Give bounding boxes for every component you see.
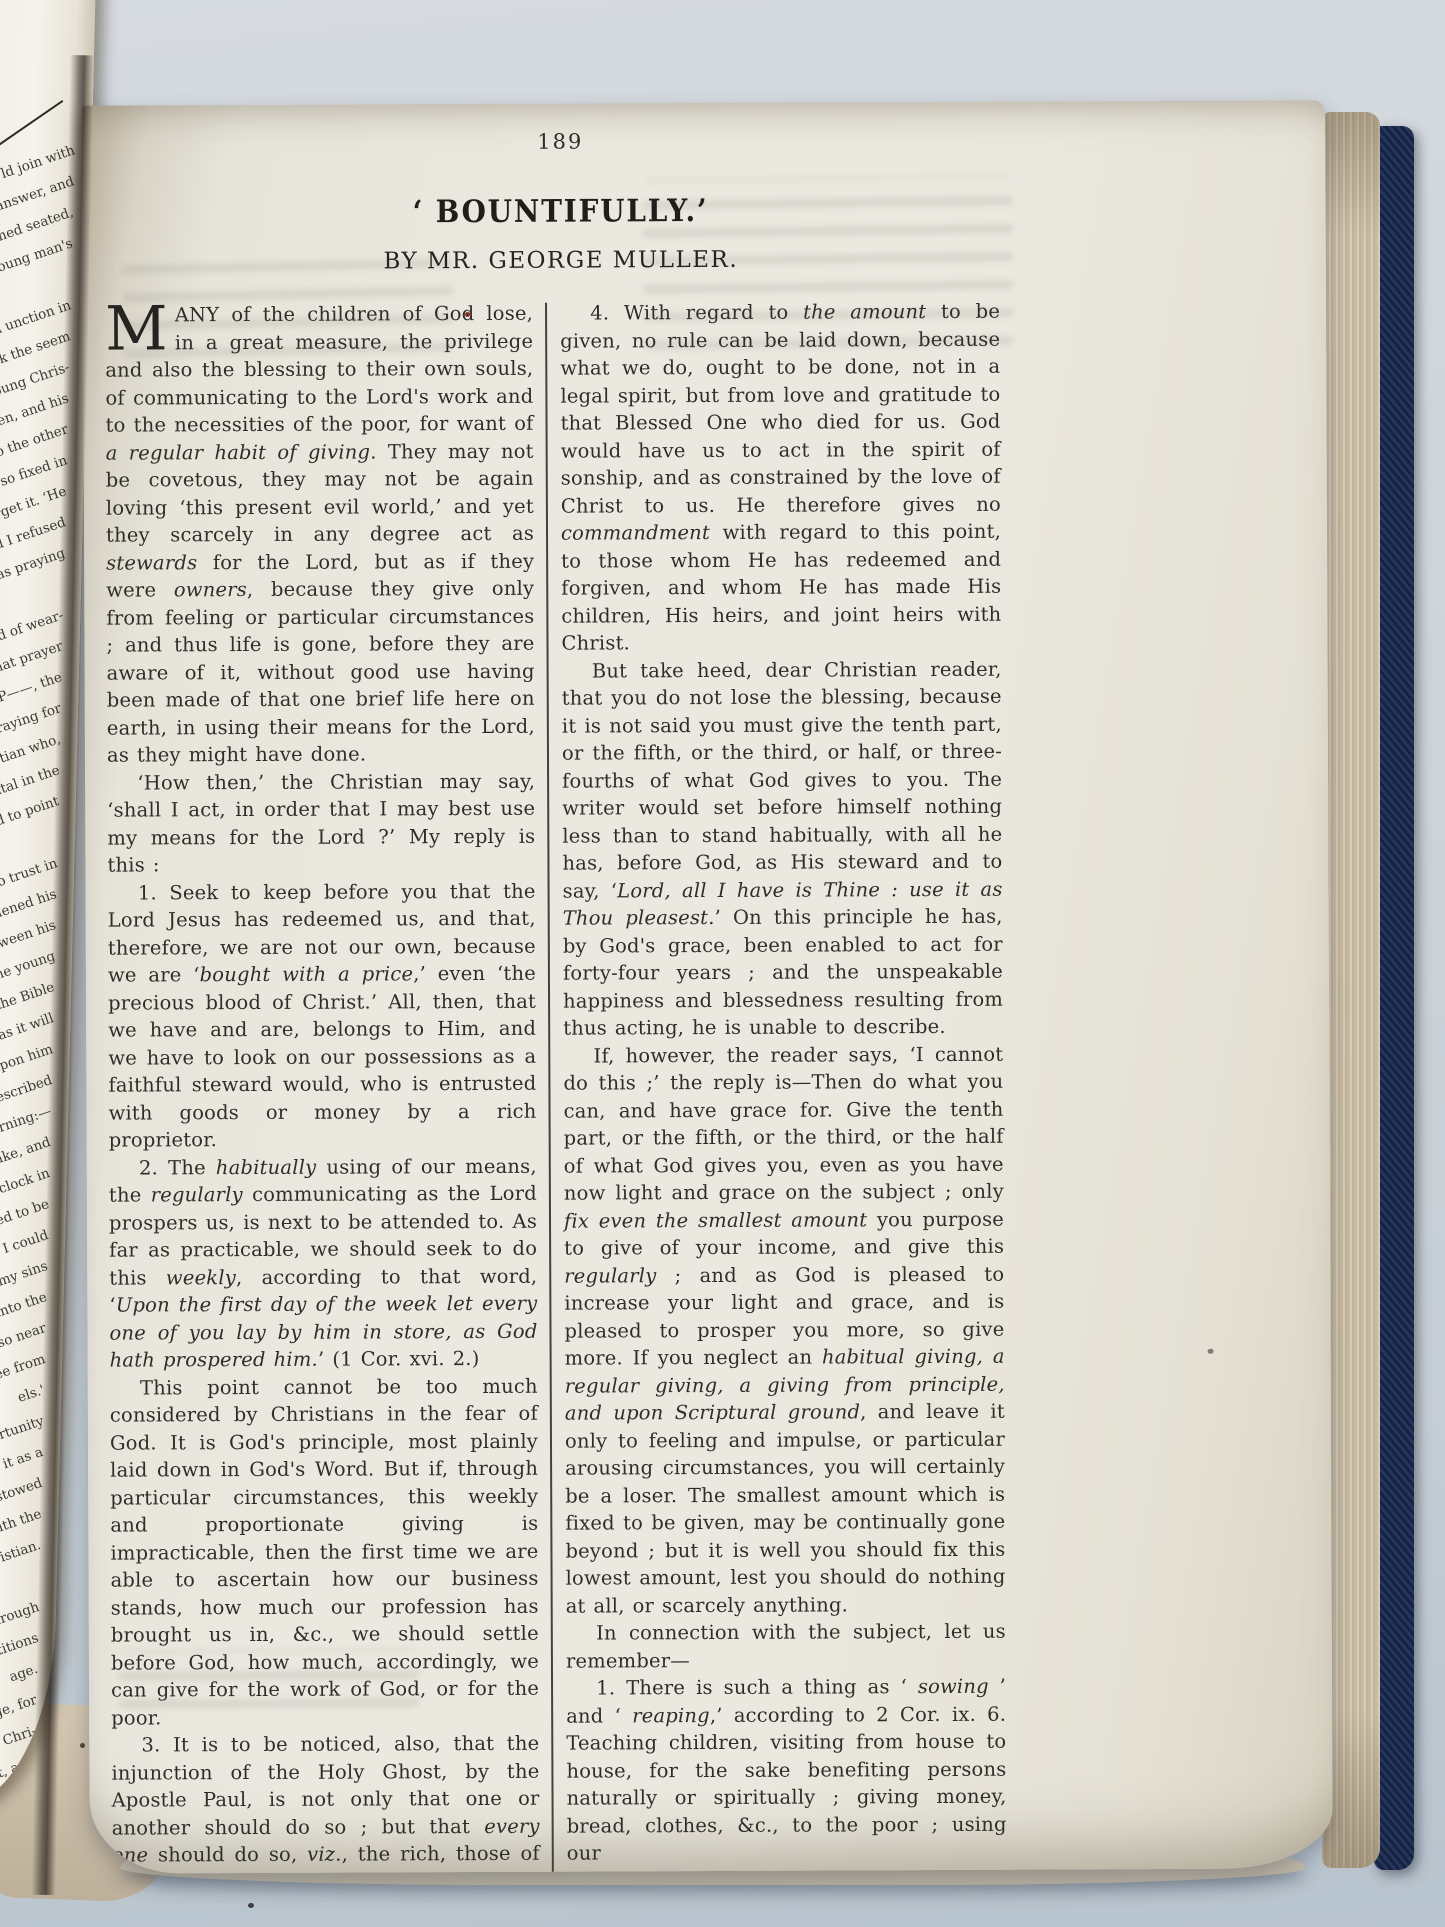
background-speck [248, 1903, 254, 1908]
paragraph: If, however, the reader says, ‘I cannot … [563, 1040, 1006, 1619]
right-column: 4. With regard to the amount to be given… [560, 298, 1007, 1874]
paper-speck [465, 312, 470, 317]
article-columns: MANY of the children of God lose, in a g… [105, 298, 1024, 1874]
column-divider [545, 303, 554, 1874]
paragraph: 1. There is such a thing as ‘ sowing ’ a… [566, 1673, 1007, 1867]
paragraph: ‘How then,’ the Christian may say, ‘shal… [107, 767, 535, 879]
paragraph: In connection with the subject, let us r… [566, 1618, 1006, 1675]
background-speck [80, 1743, 85, 1748]
paper-speck [1208, 1349, 1214, 1354]
paragraph: 4. With regard to the amount to be given… [560, 298, 1002, 657]
paragraph: 2. The habitually using of our means, th… [109, 1152, 538, 1374]
left-column: MANY of the children of God lose, in a g… [105, 300, 540, 1874]
paragraph: MANY of the children of God lose, in a g… [105, 300, 535, 769]
book-cover-edge [1374, 126, 1414, 1870]
book-photo: ld join withanswer, andnned seated,young… [0, 0, 1445, 1927]
paragraph: 1. Seek to keep before you that the Lord… [108, 877, 537, 1154]
paragraph: This point cannot be too much considered… [110, 1372, 540, 1731]
paragraph: 3. It is to be noticed, also, that the i… [111, 1730, 540, 1874]
article-title: ‘ BOUNTIFULLY.’ [150, 192, 971, 232]
book-page: 189 ‘ BOUNTIFULLY.’ BY MR. GEORGE MULLER… [82, 100, 1333, 1873]
article-byline: BY MR. GEORGE MULLER. [105, 246, 1017, 276]
printed-text-block: 189 ‘ BOUNTIFULLY.’ BY MR. GEORGE MULLER… [104, 102, 1024, 1874]
paragraph: But take heed, dear Christian reader, th… [562, 655, 1004, 1042]
page-number: 189 [104, 128, 1016, 156]
